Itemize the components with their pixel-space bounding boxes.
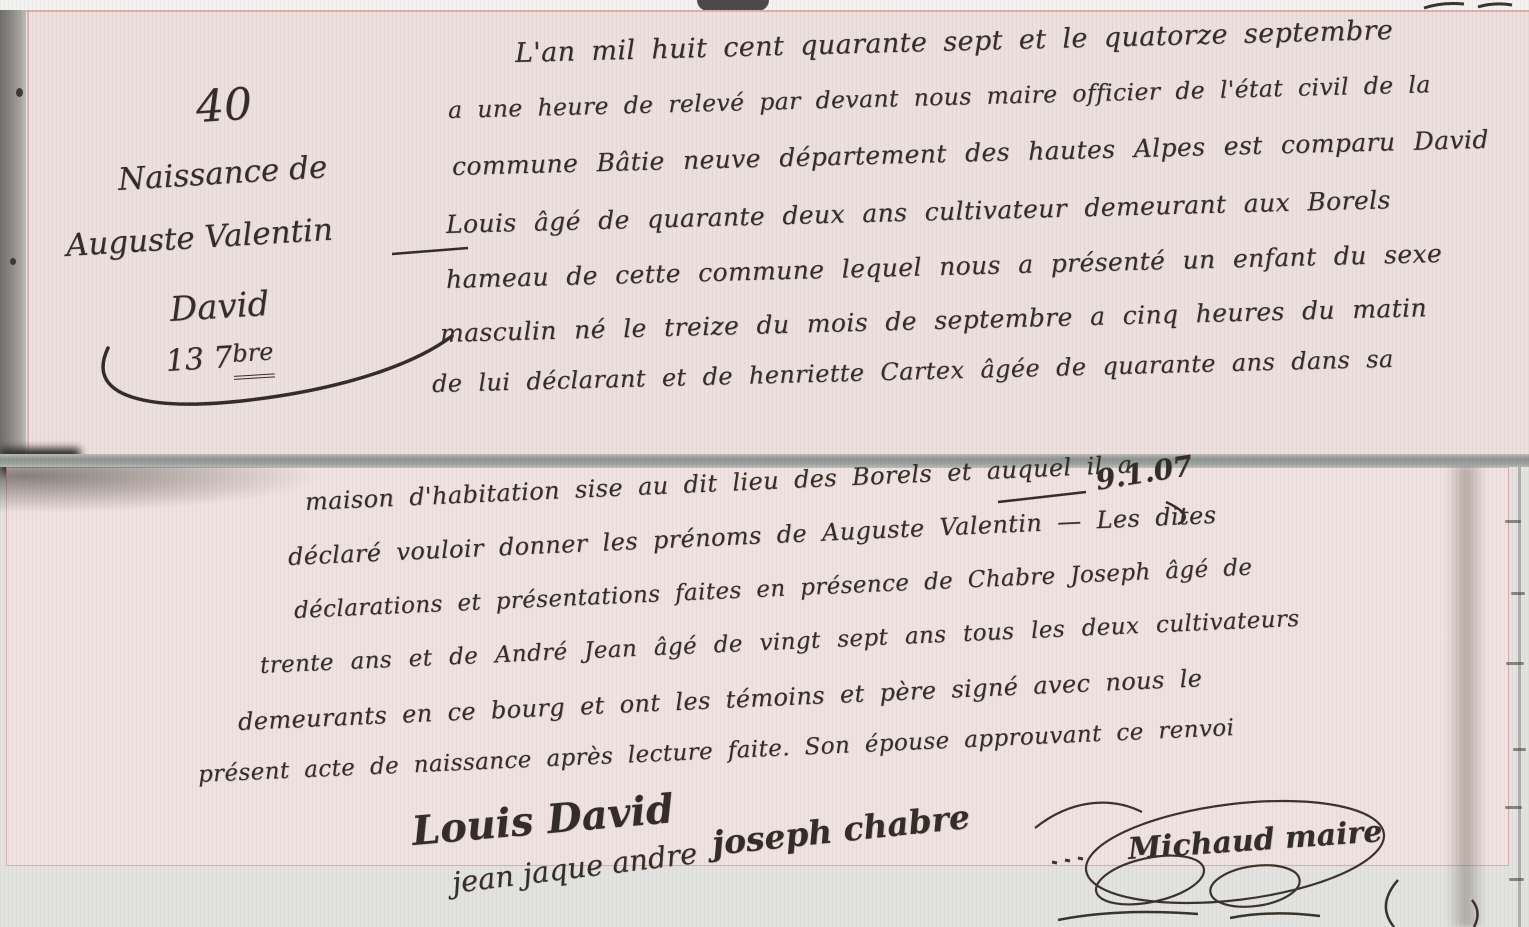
scanned-register-page: 40 Naissance de Auguste Valentin David 1… — [0, 0, 1529, 927]
bottom-edge-ink-fragments — [0, 0, 1529, 927]
